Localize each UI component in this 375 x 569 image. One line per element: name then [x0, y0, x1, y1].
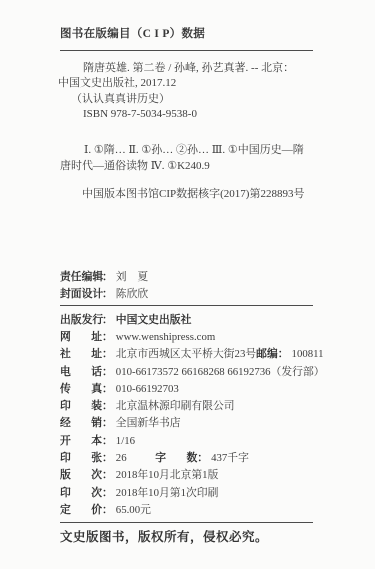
bibliography-block: 隋唐英雄. 第二卷 / 孙峰, 孙艺真著. -- 北京： 中国文史出版社, 20… [60, 61, 313, 123]
field-value: 2018年10月第1次印刷 [116, 487, 219, 499]
bib-line-isbn: ISBN 978-7-5034-9538-0 [60, 107, 313, 122]
word-count-group: 字 数：437千字 [155, 450, 249, 467]
label-colon: ： [102, 400, 113, 412]
field-value: 100811 [292, 348, 324, 360]
field-value: 北京温林源印刷有限公司 [116, 400, 235, 412]
field-value: 010-66192703 [116, 383, 179, 395]
field-label: 封面设计 [60, 286, 102, 304]
field-label: 邮编 [256, 348, 278, 360]
field-label: 网 址 [60, 329, 102, 346]
pub-row-price: 定 价：65.00元 [60, 502, 313, 519]
label-colon: ： [102, 469, 113, 481]
label-colon: ： [102, 288, 113, 300]
field-label: 印 张 [60, 450, 102, 467]
pub-row-website: 网 址：www.wenshipress.com [60, 329, 313, 346]
field-value: 北京市西城区太平桥大街23号 [116, 346, 256, 363]
pub-row-printer: 印 装：北京温林源印刷有限公司 [60, 398, 313, 415]
field-label: 定 价 [60, 502, 102, 519]
divider-middle [60, 305, 313, 306]
label-colon: ： [102, 366, 113, 378]
cip-record-number: 中国版本图书馆CIP数据核字(2017)第228893号 [60, 188, 313, 201]
field-value: 437千字 [211, 452, 249, 464]
field-value: 陈欣欣 [116, 288, 148, 300]
field-value: www.wenshipress.com [116, 331, 215, 343]
publication-details-block: 出版发行：中国文史出版社 网 址：www.wenshipress.com 社 址… [60, 312, 313, 520]
copyright-notice: 文史版图书，版权所有，侵权必究。 [60, 530, 313, 544]
field-value: 中国文史出版社 [116, 314, 192, 326]
cip-header: 图书在版编目（C I P）数据 [60, 28, 313, 40]
divider-bottom [60, 522, 313, 523]
label-colon: ： [102, 314, 113, 326]
field-label: 版 次 [60, 467, 102, 484]
field-label: 责任编辑 [60, 269, 102, 287]
editor-row-responsible-editor: 责任编辑：刘 夏 [60, 269, 313, 287]
label-colon: ： [102, 435, 113, 447]
field-label: 字 数 [155, 450, 197, 467]
label-colon: ： [102, 346, 113, 363]
field-label: 社 址 [60, 346, 102, 363]
classification-line-1: Ⅰ. ①隋… Ⅱ. ①孙… ②孙… Ⅲ. ①中国历史—隋 [60, 142, 313, 158]
classification-block: Ⅰ. ①隋… Ⅱ. ①孙… ②孙… Ⅲ. ①中国历史—隋 唐时代—通俗读物 Ⅳ.… [60, 142, 313, 174]
page-content: 图书在版编目（C I P）数据 隋唐英雄. 第二卷 / 孙峰, 孙艺真著. --… [60, 28, 313, 544]
pub-row-phone: 电 话：010-66173572 66168268 66192736（发行部） [60, 364, 313, 381]
field-value: 全国新华书店 [116, 417, 181, 429]
field-value: 010-66173572 66168268 66192736（发行部） [116, 366, 325, 378]
field-label: 出版发行 [60, 312, 102, 329]
pub-row-address: 社 址：北京市西城区太平桥大街23号 邮编：100811 [60, 346, 313, 363]
pub-row-publisher: 出版发行：中国文史出版社 [60, 312, 313, 329]
pub-row-distributor: 经 销：全国新华书店 [60, 415, 313, 432]
field-value: 65.00元 [116, 504, 151, 516]
field-label: 经 销 [60, 415, 102, 432]
editors-block: 责任编辑：刘 夏 封面设计：陈欣欣 [60, 269, 313, 304]
pub-row-impression: 印 次：2018年10月第1次印刷 [60, 485, 313, 502]
pub-row-sheets-wordcount: 印 张：26 字 数：437千字 [60, 450, 313, 467]
pub-row-edition: 版 次：2018年10月北京第1版 [60, 467, 313, 484]
field-label: 电 话 [60, 364, 102, 381]
label-colon: ： [102, 452, 113, 464]
bib-line-publisher-date: 中国文史出版社, 2017.12 [58, 76, 313, 91]
label-colon: ： [102, 331, 113, 343]
postal-code-group: 邮编：100811 [256, 346, 329, 363]
pub-row-format: 开 本：1/16 [60, 433, 313, 450]
field-value: 1/16 [116, 435, 135, 447]
label-colon: ： [102, 504, 113, 516]
label-colon: ： [102, 487, 113, 499]
label-colon: ： [102, 383, 113, 395]
field-value: 26 [116, 452, 127, 464]
field-label: 开 本 [60, 433, 102, 450]
divider-top [60, 50, 313, 51]
label-colon: ： [102, 271, 113, 283]
label-colon: ： [278, 348, 289, 360]
label-colon: ： [102, 417, 113, 429]
bib-line-series: （认认真真讲历史） [60, 92, 313, 107]
field-label: 印 次 [60, 485, 102, 502]
book-copyright-page: 图书在版编目（C I P）数据 隋唐英雄. 第二卷 / 孙峰, 孙艺真著. --… [0, 0, 375, 569]
field-label: 印 装 [60, 398, 102, 415]
label-colon: ： [197, 452, 208, 464]
bib-line-title-author: 隋唐英雄. 第二卷 / 孙峰, 孙艺真著. -- 北京： [60, 61, 313, 76]
field-label: 传 真 [60, 381, 102, 398]
field-value: 2018年10月北京第1版 [116, 469, 219, 481]
editor-row-cover-designer: 封面设计：陈欣欣 [60, 286, 313, 304]
field-value: 刘 夏 [116, 271, 148, 283]
classification-line-2: 唐时代—通俗读物 Ⅳ. ①K240.9 [60, 158, 313, 174]
pub-row-fax: 传 真：010-66192703 [60, 381, 313, 398]
